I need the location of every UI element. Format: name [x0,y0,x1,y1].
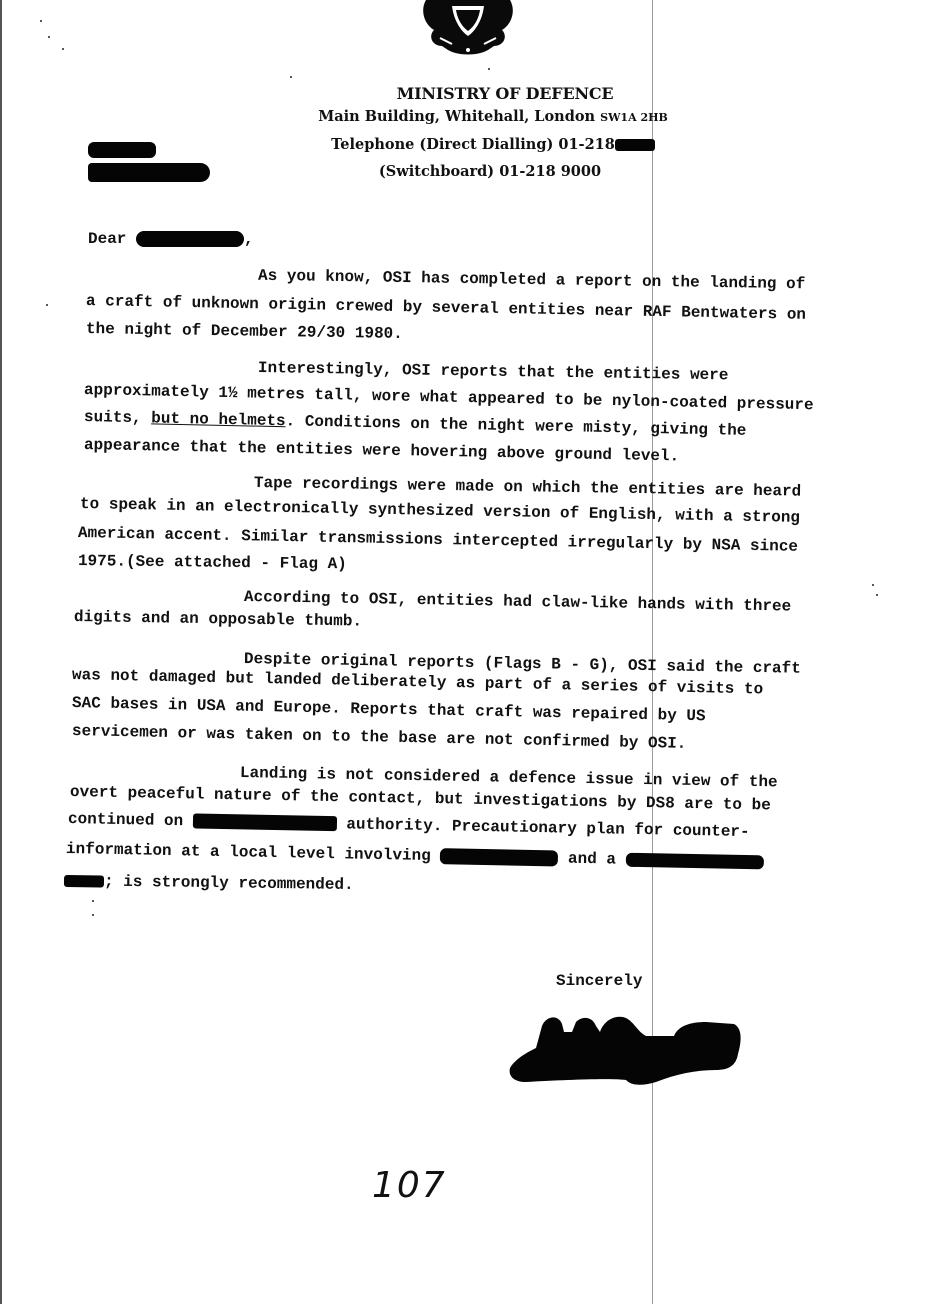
scan-speck [48,36,50,38]
redacted-party [625,853,763,870]
redacted-party-continued [64,875,104,888]
p4-line-2: digits and an opposable thumb. [74,608,362,631]
p2-line-2: approximately 1½ metres tall, wore what … [84,381,814,414]
p1-line-1: As you know, OSI has completed a report … [258,267,806,294]
p6-text-continued: continued on [68,810,184,830]
scan-speck [92,914,94,916]
p5-line-4: servicemen or was taken on to the base a… [72,722,687,753]
p2-line-4: appearance that the entities were hoveri… [84,436,680,465]
redacted-involving [440,848,558,866]
scan-speck [488,68,490,70]
closing: Sincerely [556,972,642,990]
p2-underlined-no-helmets: but no helmets [151,409,286,430]
p3-line-4: 1975.(See attached - Flag A) [78,552,347,573]
redacted-authority [193,814,337,832]
salutation-prefix: Dear [88,230,126,248]
p2-text-suits: suits, [84,408,142,427]
letter-page: MINISTRY OF DEFENCE Main Building, White… [0,0,928,1304]
p3-line-3: American accent. Similar transmissions i… [78,524,798,556]
p3-line-2: to speak in an electronically synthesize… [80,495,800,527]
p6-line-5: ; is strongly recommended. [64,872,354,894]
scan-speck [62,48,64,50]
p6-text-recommended: ; is strongly recommended. [104,873,354,894]
p1-line-2: a craft of unknown origin crewed by seve… [86,292,806,324]
p2-line-3: suits, but no helmets. Conditions on the… [84,408,747,440]
scan-speck [290,76,292,78]
page-number: 107 [372,1165,447,1206]
redacted-salutation-name [136,231,244,247]
redacted-signature [506,1010,746,1090]
salutation-comma: , [244,230,254,248]
letter-body: Dear , As you know, OSI has completed a … [0,0,928,1304]
p5-line-3: SAC bases in USA and Europe. Reports tha… [72,694,706,725]
scan-speck [872,584,874,586]
p6-text-authority: authority. Precautionary plan for counte… [346,815,750,841]
p6-text-information: information at a local level involving [66,840,431,865]
p2-line-1: Interestingly, OSI reports that the enti… [258,359,729,384]
p3-line-1: Tape recordings were made on which the e… [254,474,802,501]
p1-line-3: the night of December 29/30 1980. [86,320,403,343]
p2-text-conditions: . Conditions on the night were misty, gi… [285,412,746,440]
scan-speck [40,20,42,22]
p6-text-and-a: and a [568,850,616,869]
salutation: Dear , [88,230,254,248]
scan-speck [46,304,48,306]
p6-line-4: information at a local level involving a… [66,840,764,871]
p6-line-3: continued on authority. Precautionary pl… [68,810,750,841]
scan-speck [92,900,94,902]
scan-speck [876,594,878,596]
